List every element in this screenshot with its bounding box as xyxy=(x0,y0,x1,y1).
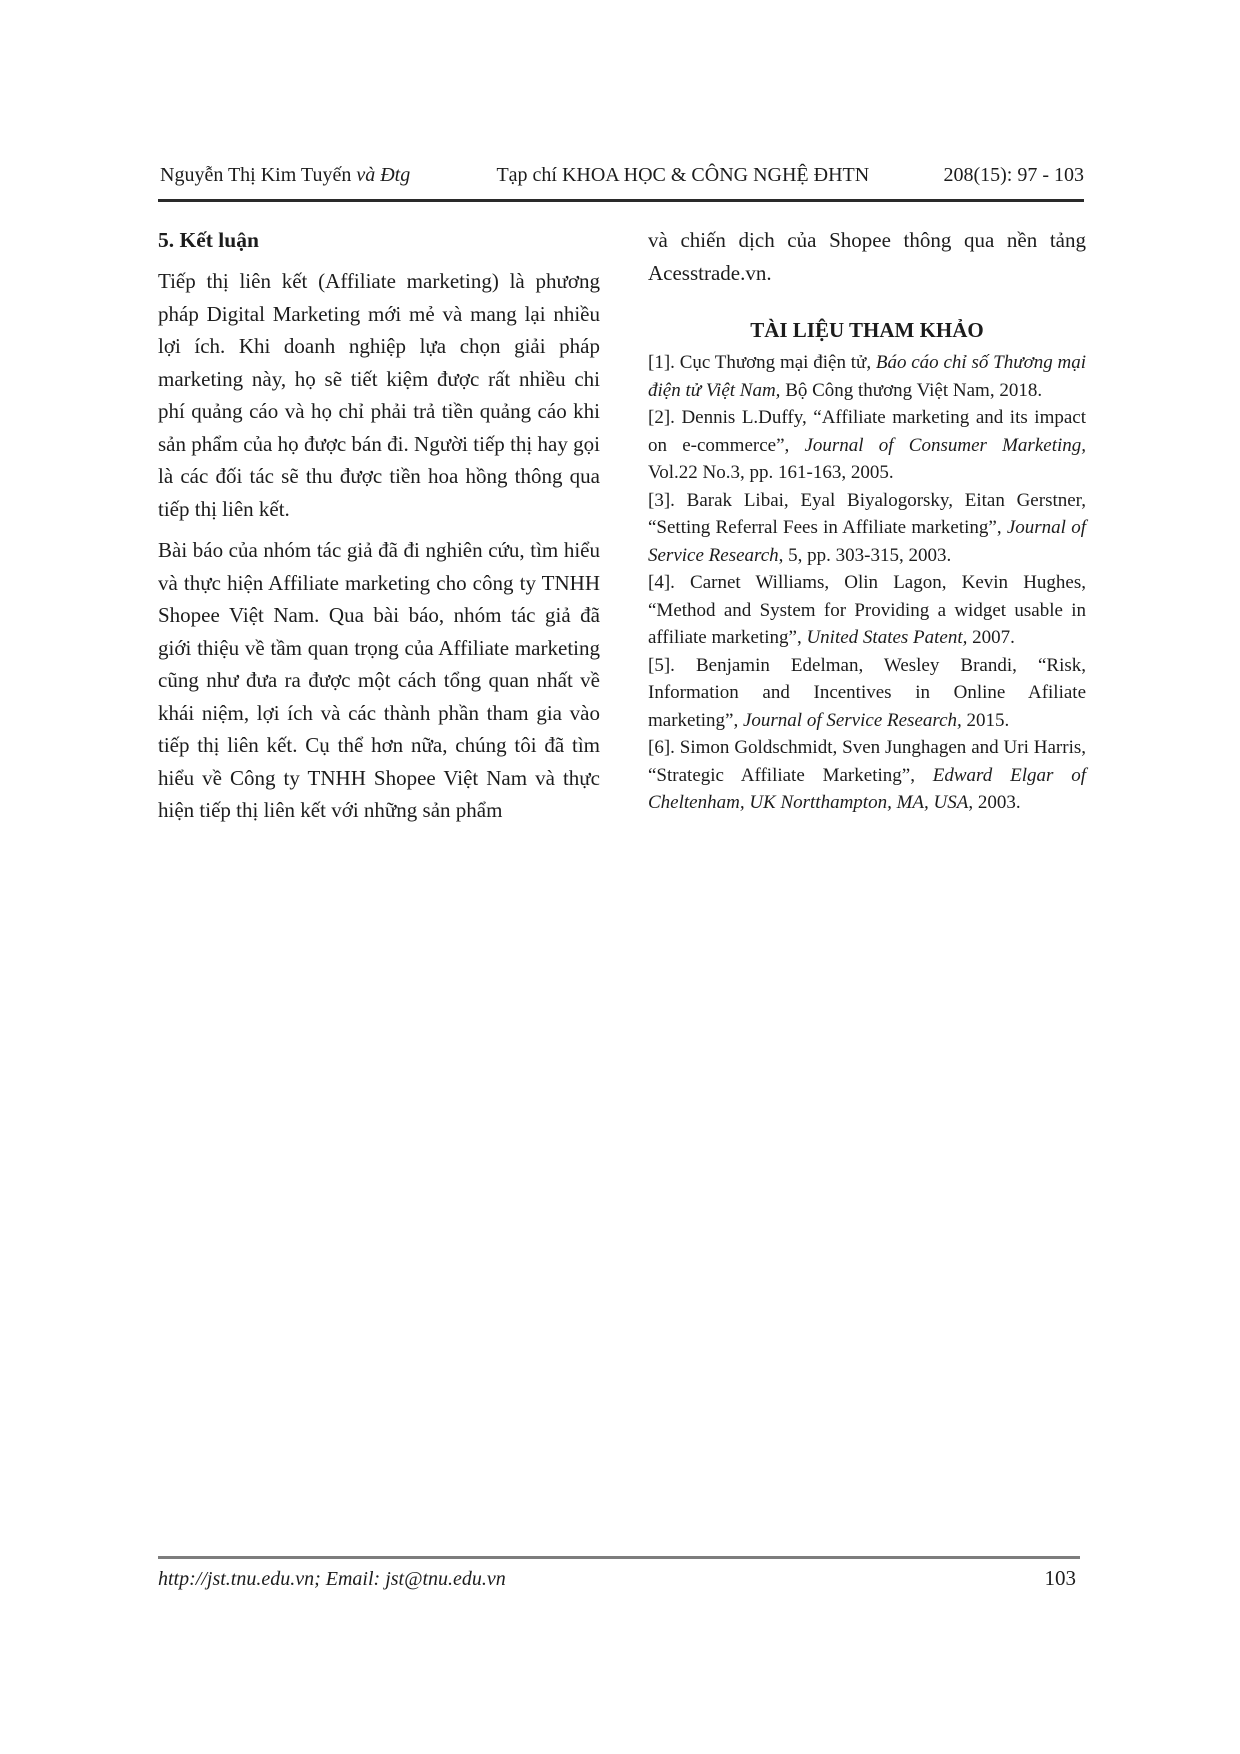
conclusion-paragraph-1: Tiếp thị liên kết (Affiliate marketing) … xyxy=(158,265,600,525)
conclusion-paragraph-2: Bài báo của nhóm tác giả đã đi nghiên cứ… xyxy=(158,534,600,827)
footer-page-number: 103 xyxy=(1045,1566,1081,1591)
page-footer: http://jst.tnu.edu.vn; Email: jst@tnu.ed… xyxy=(158,1566,1080,1591)
reference-item-2: [2]. Dennis L.Duffy, “Affiliate marketin… xyxy=(648,404,1086,487)
content-columns: 5. Kết luận Tiếp thị liên kết (Affiliate… xyxy=(158,224,1086,836)
references-heading: TÀI LIỆU THAM KHẢO xyxy=(648,316,1086,344)
footer-journal-url: http://jst.tnu.edu.vn; Email: jst@tnu.ed… xyxy=(158,1568,506,1591)
reference-item-3: [3]. Barak Libai, Eyal Biyalogorsky, Eit… xyxy=(648,487,1086,570)
footer-rule xyxy=(158,1556,1080,1559)
reference-item-4: [4]. Carnet Williams, Olin Lagon, Kevin … xyxy=(648,569,1086,652)
reference-item-1: [1]. Cục Thương mại điện tử, Báo cáo chỉ… xyxy=(648,349,1086,404)
right-column: và chiến dịch của Shopee thông qua nền t… xyxy=(648,224,1086,836)
section-heading-conclusion: 5. Kết luận xyxy=(158,224,600,256)
conclusion-continuation-paragraph: và chiến dịch của Shopee thông qua nền t… xyxy=(648,224,1086,289)
header-journal-title: Tạp chí KHOA HỌC & CÔNG NGHỆ ĐHTN xyxy=(484,164,869,187)
reference-item-5: [5]. Benjamin Edelman, Wesley Brandi, “R… xyxy=(648,652,1086,735)
left-column: 5. Kết luận Tiếp thị liên kết (Affiliate… xyxy=(158,224,600,836)
reference-item-6: [6]. Simon Goldschmidt, Sven Junghagen a… xyxy=(648,734,1086,817)
paper-page: Nguyễn Thị Kim Tuyến và Đtg Tạp chí KHOA… xyxy=(0,0,1240,1754)
header-author: Nguyễn Thị Kim Tuyến và Đtg xyxy=(160,164,410,187)
header-rule xyxy=(158,199,1084,202)
page-header: Nguyễn Thị Kim Tuyến và Đtg Tạp chí KHOA… xyxy=(160,164,1084,187)
header-issue-pages: 208(15): 97 - 103 xyxy=(943,164,1084,187)
